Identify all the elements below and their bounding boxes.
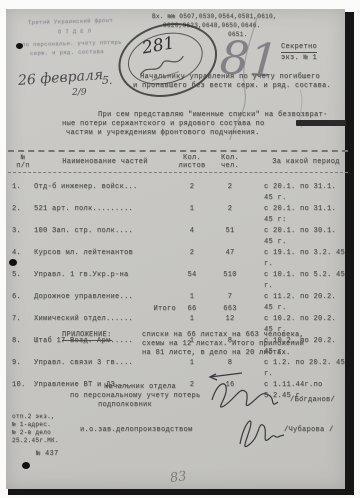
copies-line: отп.2 экз., xyxy=(12,413,55,420)
scan-edge-bottom xyxy=(8,489,354,495)
document-number: № 437 xyxy=(36,450,59,458)
total-people: 663 xyxy=(208,304,252,315)
table-header-row: №п/п Наименование частей Кол.листов Кол.… xyxy=(12,154,348,170)
col-header-sheets: Кол.листов xyxy=(176,154,208,170)
attachment-line: схемы на 12 листах. Итого приложений xyxy=(142,340,304,348)
table-row: 3. 100 Зап. стр. полк.... 4 51 с 20.1. п… xyxy=(12,226,348,248)
table-row: 9. Управл. связи 3 гв.... 1 8 с 1.2. по … xyxy=(12,358,348,380)
ink-dot xyxy=(9,259,17,266)
copies-line: № 1-адрес. xyxy=(12,421,51,428)
handwritten-day-mark: 5. xyxy=(102,74,113,87)
table-divider-top xyxy=(8,150,348,152)
scanned-document: Третий Украинский фронт О Т Д Е Л по пер… xyxy=(0,0,360,498)
body-line: При сем представляю "именные списки" на … xyxy=(98,111,328,119)
table-divider-header xyxy=(8,172,348,173)
signer-role-line: Начальник отдела xyxy=(104,383,176,391)
handwritten-page-number: 83 xyxy=(169,469,187,486)
table-total-row: Итого 66 663 xyxy=(12,304,348,315)
signer2-name: /Чубарова / xyxy=(284,426,334,434)
body-line: ные потери сержантского и рядового соста… xyxy=(62,120,265,128)
table-row: 1. Отд-б инженер. войск... 2 2 с 20.1. п… xyxy=(12,182,348,204)
addressee-line: и пропавшего без вести серж. и ряд. сост… xyxy=(133,82,331,90)
attachment-line: на 81 листе, в дело на 20 листах. xyxy=(142,349,291,357)
addressee-line: Начальнику управления по учету погибшего xyxy=(140,73,320,81)
incoming-numbers-line: Вх. №№ 0507,0530,0564,0581,0610, xyxy=(152,13,277,20)
col-header-name: Наименование частей xyxy=(34,154,176,166)
ink-dot xyxy=(22,462,30,469)
corner-stamp-line: О Т Д Е Л xyxy=(58,28,91,36)
redaction-mark xyxy=(296,120,346,126)
signer-role-line: по персональному учету потерь xyxy=(70,392,201,400)
copies-line: 25.2.45г.МК. xyxy=(12,437,59,444)
attachment-label: ПРИЛОЖЕНИЕ: xyxy=(62,331,112,341)
col-header-period: За какой период xyxy=(252,154,348,166)
secrecy-label: Секретно xyxy=(281,43,317,53)
copies-line: № 2-в дело xyxy=(12,429,51,436)
signer-name: /Богданов/ xyxy=(290,396,335,404)
attachment-line: списки на 66 листах на 663 человека, xyxy=(142,331,304,339)
signature-chubarova xyxy=(228,406,288,456)
ink-dot xyxy=(16,43,23,49)
signer2-role: и.о.зав.делопроизводством xyxy=(80,426,193,434)
col-header-num: №п/п xyxy=(12,154,34,170)
body-line: частям и учреждениям фронтового подчинен… xyxy=(66,129,260,137)
copy-number: экз. № 1 xyxy=(281,54,317,62)
total-label: Итого xyxy=(34,304,176,315)
total-sheets: 66 xyxy=(176,304,208,315)
table-row: 4. Курсов мл. лейтенантов 2 47 с 19.1. п… xyxy=(12,248,348,270)
table-row: 2. 521 арт. полк......... 1 2 с 20.1. по… xyxy=(12,204,348,226)
col-header-people: Кол.чел. xyxy=(208,154,252,170)
handwritten-fraction: 2/9 xyxy=(72,88,86,98)
signer-role-line: подполковник xyxy=(98,401,152,409)
table-row: 5. Управл. 1 гв.Укр.р-на 54 510 с 10.1. … xyxy=(12,270,348,292)
